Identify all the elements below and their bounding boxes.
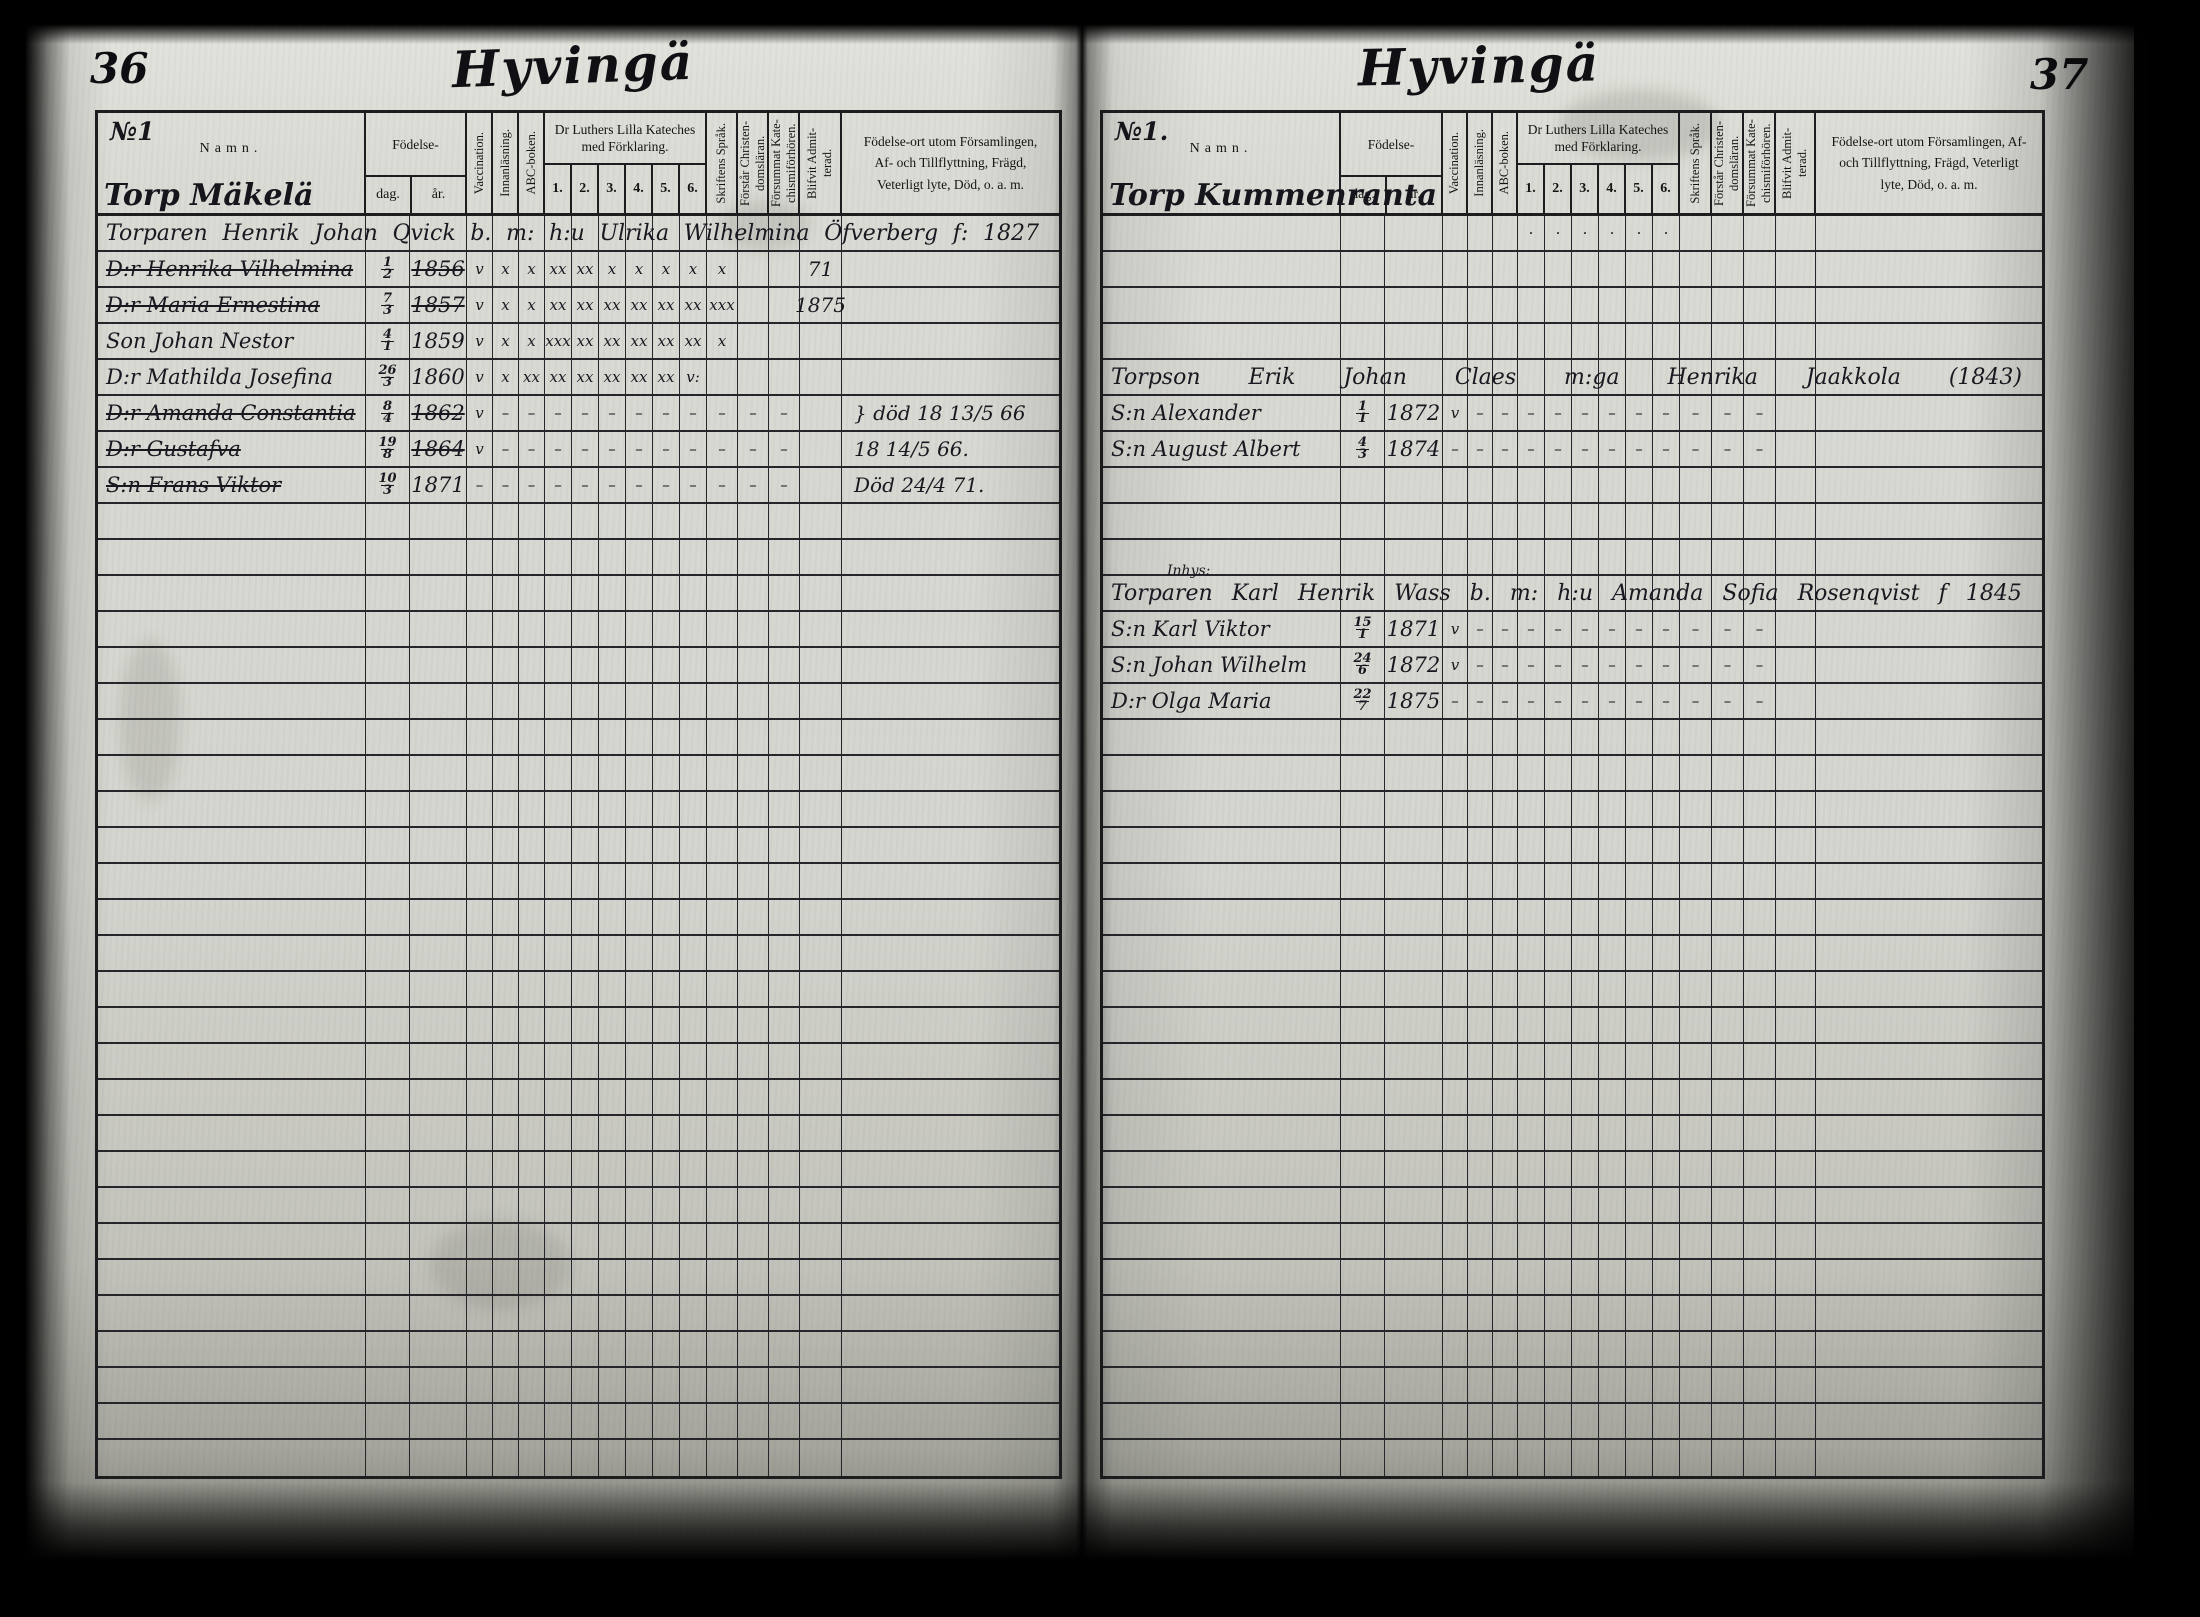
row-cell [493,1332,519,1366]
person-name: D:r Gustafva [106,437,241,461]
row-cell [1599,1116,1626,1150]
row-cell [1712,1188,1744,1222]
row-cell [626,972,653,1006]
row-cell [366,540,410,574]
family-head-entry-line: TorparenHenrikJohanQvickb.m:h:uUlrikaWil… [98,216,1059,250]
row-cell [366,900,410,934]
row-cell [467,684,493,718]
row-cell [98,1260,366,1294]
row-cell [1103,1260,1341,1294]
check-mark: – [1724,656,1732,674]
row-cell [493,936,519,970]
check-mark: – [1451,440,1459,458]
row-cell [1653,828,1680,862]
check-mark: – [662,404,670,422]
row-cell [1680,504,1712,538]
row-cell [1545,1368,1572,1402]
row-cell [1385,936,1443,970]
row-cell [545,756,572,790]
row-cell [1545,1332,1572,1366]
row-cell [1545,1116,1572,1150]
row-cell [467,1224,493,1258]
row-cell [1103,864,1341,898]
row-cell: xx [653,360,680,394]
row-cell: x [707,252,738,286]
row-cell [1626,792,1653,826]
row-cell [1443,1188,1468,1222]
birth-year: 1862 [411,401,464,425]
row-cell [493,1440,519,1476]
row-cell [1626,1116,1653,1150]
row-cell: D:r Amanda Constantia [98,396,366,430]
row-cell [800,972,842,1006]
table-row: TorpsonErikJohanClaesm:gaHenrikaJaakkola… [1103,360,2042,396]
check-mark: · [1637,224,1642,242]
row-cell: · [1599,216,1626,250]
row-cell [545,828,572,862]
row-cell [800,1332,842,1366]
row-cell: – [680,432,707,466]
row-cell [493,1116,519,1150]
row-cell [707,900,738,934]
row-cell [467,828,493,862]
check-mark: – [1608,440,1616,458]
row-cell [572,828,599,862]
row-cell [653,1080,680,1114]
check-mark: xx [550,368,567,386]
row-cell: · [1518,216,1545,250]
row-cell [1518,936,1545,970]
check-mark: – [528,476,536,494]
row-cell [366,1080,410,1114]
row-cell [1653,1116,1680,1150]
row-cell [572,576,599,610]
row-cell [653,612,680,646]
row-cell [467,504,493,538]
row-cell: – [1572,648,1599,682]
row-cell [1816,936,2042,970]
row-cell: – [707,396,738,430]
row-cell [572,864,599,898]
row-cell [1443,1440,1468,1476]
row-cell [98,900,366,934]
row-cell [1493,288,1518,322]
row-cell: x [680,252,707,286]
row-cell [1712,504,1744,538]
row-cell: v: [680,360,707,394]
birth-day-fraction: 246 [1353,654,1371,676]
row-cell [626,1044,653,1078]
row-cell [599,828,626,862]
row-cell [467,1080,493,1114]
row-cell [1545,252,1572,286]
row-cell [707,612,738,646]
table-row [98,576,1059,612]
row-cell [769,612,800,646]
check-mark: – [1608,692,1616,710]
check-mark: – [1724,404,1732,422]
row-cell [842,1368,1059,1402]
check-mark: · [1529,224,1534,242]
row-cell [1776,1224,1816,1258]
row-cell [1341,252,1385,286]
row-cell [653,648,680,682]
row-cell [1744,1116,1776,1150]
row-cell [1468,1080,1493,1114]
check-mark: – [502,440,510,458]
row-cell [800,900,842,934]
row-cell [1680,1008,1712,1042]
row-cell [1816,612,2042,646]
row-cell [1744,1332,1776,1366]
row-cell [519,684,545,718]
check-mark: – [718,476,726,494]
birth-label: Födelse- [1341,113,1441,175]
row-cell [1443,900,1468,934]
row-cell [572,540,599,574]
row-cell [410,792,467,826]
row-cell [1816,432,2042,466]
row-cell [98,1116,366,1150]
row-cell [1545,1152,1572,1186]
row-cell [572,972,599,1006]
row-cell: x [599,252,626,286]
row-cell [1572,864,1599,898]
row-cell [519,864,545,898]
row-cell [800,1008,842,1042]
row-cell [1103,792,1341,826]
row-cell [1776,504,1816,538]
birth-year-label: år. [410,177,465,213]
check-mark: v [475,332,483,350]
birth-day-label: dag. [366,177,410,213]
row-cell [1443,972,1468,1006]
table-row [98,1116,1059,1152]
row-cell: S:n Karl Viktor [1103,612,1341,646]
check-mark: xx [604,332,621,350]
row-cell [1341,792,1385,826]
row-cell: – [738,396,769,430]
birth-year: 1859 [411,329,464,353]
row-cell [680,648,707,682]
row-cell [1776,1044,1816,1078]
row-cell [572,1332,599,1366]
section-heading-handwritten: Torp Kummenranta [1109,178,1437,213]
row-cell [1493,1044,1518,1078]
row-cell [1468,288,1493,322]
table-row [98,1332,1059,1368]
row-cell: – [1545,396,1572,430]
row-cell [1626,1332,1653,1366]
row-cell [1712,468,1744,502]
row-cell [738,1332,769,1366]
row-cell [1103,540,1341,574]
row-cell [467,720,493,754]
row-cell [1776,756,1816,790]
row-cell: – [1599,648,1626,682]
row-cell: x [519,252,545,286]
row-cell [738,1116,769,1150]
row-cell [366,1224,410,1258]
birth-day-fraction: 11 [1356,402,1369,424]
row-cell: – [1468,396,1493,430]
row-cell [769,792,800,826]
row-cell: xx [653,288,680,322]
row-cell [1626,1152,1653,1186]
row-cell [467,1152,493,1186]
row-cell: – [707,468,738,502]
admitted-year: 71 [808,257,833,281]
row-cell: D:r Henrika Vilhelmina [98,252,366,286]
table-row [1103,864,2042,900]
row-cell [626,900,653,934]
row-cell: – [599,432,626,466]
check-mark: xx [658,296,675,314]
header-scripture-language: Skriftens Språk. [707,113,738,213]
header-reading: Innanläsning. [1468,113,1493,213]
row-cell [493,1080,519,1114]
row-cell [738,756,769,790]
row-cell: – [626,468,653,502]
row-cell [1680,216,1712,250]
row-cell [1712,1044,1744,1078]
check-mark: xx [523,368,540,386]
row-cell [738,972,769,1006]
table-row [98,900,1059,936]
row-cell [467,756,493,790]
row-cell: – [1680,684,1712,718]
check-mark: – [554,440,562,458]
row-cell: xx [653,324,680,358]
row-cell [1518,720,1545,754]
header-admitted: Blifvit Admit- terad. [1776,113,1816,213]
row-cell [1385,1188,1443,1222]
row-cell [1599,1296,1626,1330]
row-cell [545,540,572,574]
row-cell [680,1296,707,1330]
row-cell [1776,288,1816,322]
row-cell [98,1332,366,1366]
table-row: S:n Alexander111872v––––––––––– [1103,396,2042,432]
check-mark: – [1635,404,1643,422]
table-row [1103,972,2042,1008]
row-cell [653,1332,680,1366]
row-cell [738,936,769,970]
row-cell [626,720,653,754]
row-cell [1816,864,2042,898]
table-row: S:n Johan Wilhelm2461872v––––––––––– [1103,648,2042,684]
check-mark: – [1692,440,1700,458]
check-mark: – [1692,620,1700,638]
row-cell [1776,540,1816,574]
row-cell [98,1008,366,1042]
row-cell [1385,828,1443,862]
row-cell [1545,1188,1572,1222]
row-cell [653,900,680,934]
check-mark: – [1501,404,1509,422]
check-mark: x [635,260,643,278]
row-cell: – [769,396,800,430]
row-cell [1626,540,1653,574]
table-row [1103,324,2042,360]
row-cell [545,1440,572,1476]
row-cell: 1875 [1385,684,1443,718]
row-cell [366,612,410,646]
row-cell: 12 [366,252,410,286]
row-cell [572,1260,599,1294]
row-cell [1443,720,1468,754]
person-name: D:r Amanda Constantia [106,401,356,425]
row-cell [493,1404,519,1438]
row-cell [493,720,519,754]
row-cell [626,1260,653,1294]
check-mark: xx [631,368,648,386]
row-cell [1572,288,1599,322]
row-cell [842,936,1059,970]
row-cell [769,540,800,574]
row-cell [366,1296,410,1330]
row-cell [1572,1296,1599,1330]
row-cell [769,1440,800,1476]
row-cell [519,1224,545,1258]
row-cell: – [1626,432,1653,466]
table-row [1103,468,2042,504]
row-cell [738,864,769,898]
row-cell: 246 [1341,648,1385,682]
check-mark: – [1501,620,1509,638]
table-row [1103,1008,2042,1044]
row-cell [707,792,738,826]
row-cell [1572,1152,1599,1186]
row-cell [1599,936,1626,970]
row-cell [680,1080,707,1114]
ledger-page-left: №1 dag. Namn. Torp Mäkelä Födelse- dag. … [95,110,1062,1479]
row-cell: Död 24/4 71. [842,468,1059,502]
person-name: S:n Frans Viktor [106,473,281,497]
row-cell [1626,936,1653,970]
row-cell: – [1599,684,1626,718]
row-cell [1776,684,1816,718]
row-cell [1599,1440,1626,1476]
row-cell [707,360,738,394]
row-cell [1103,1368,1341,1402]
row-cell [519,1188,545,1222]
row-cell [493,1008,519,1042]
row-cell [707,1296,738,1330]
row-cell [626,756,653,790]
row-cell: – [1518,684,1545,718]
row-cell [1572,1368,1599,1402]
row-cell [467,1332,493,1366]
rows-container: TorparenHenrikJohanQvickb.m:h:uUlrikaWil… [95,216,1062,1479]
row-cell [1680,1224,1712,1258]
row-cell [519,576,545,610]
table-row: ······ [1103,216,2042,252]
row-cell [626,648,653,682]
row-cell [599,1008,626,1042]
row-cell: S:n Alexander [1103,396,1341,430]
row-cell [707,1260,738,1294]
row-cell: – [738,468,769,502]
row-cell [1816,1008,2042,1042]
row-cell [1385,252,1443,286]
row-cell [545,648,572,682]
row-cell: – [653,432,680,466]
row-cell [842,828,1059,862]
row-cell [493,1152,519,1186]
row-cell [98,756,366,790]
row-cell [800,828,842,862]
table-row: D:r Amanda Constantia841862v–––––––––––}… [98,396,1059,432]
check-mark: xx [658,368,675,386]
row-cell [680,504,707,538]
row-cell: 1871 [1385,612,1443,646]
row-cell [519,1296,545,1330]
row-cell [519,1152,545,1186]
row-cell [1518,540,1545,574]
birth-day-fraction: 73 [381,294,394,316]
row-cell [1776,1296,1816,1330]
row-cell [410,1224,467,1258]
row-cell [769,828,800,862]
check-mark: – [1662,404,1670,422]
catechism-subheader: 1. 2. 3. 4. 5. 6. [545,163,705,213]
check-mark: x [527,260,535,278]
row-cell [1776,936,1816,970]
row-cell [98,504,366,538]
row-cell [1518,1260,1545,1294]
row-cell: 151 [1341,612,1385,646]
row-cell: – [1712,684,1744,718]
person-name: S:n Johan Wilhelm [1111,653,1307,677]
row-cell: – [1680,396,1712,430]
row-cell [653,720,680,754]
check-mark: xx [550,296,567,314]
row-cell [410,684,467,718]
row-cell [769,900,800,934]
row-cell [1680,720,1712,754]
row-cell [410,1152,467,1186]
row-cell [680,576,707,610]
row-cell [1341,468,1385,502]
row-cell [842,540,1059,574]
check-mark: – [1476,692,1484,710]
row-cell [1468,504,1493,538]
row-cell [1385,1224,1443,1258]
check-mark: – [608,476,616,494]
row-cell [1712,1404,1744,1438]
check-mark: x [501,260,509,278]
row-cell [467,1368,493,1402]
row-cell [1680,324,1712,358]
row-cell [1712,936,1744,970]
row-cell [680,612,707,646]
row-cell: v [1443,612,1468,646]
row-cell [1776,1440,1816,1476]
row-cell [1518,972,1545,1006]
row-cell [1626,1008,1653,1042]
header-vaccination: Vaccination. [1443,113,1468,213]
row-cell [769,648,800,682]
row-cell [366,1152,410,1186]
table-row [1103,756,2042,792]
row-cell [738,360,769,394]
row-cell [1572,324,1599,358]
row-cell [1599,1080,1626,1114]
row-cell [738,1440,769,1476]
row-cell [680,936,707,970]
row-cell [1385,1440,1443,1476]
